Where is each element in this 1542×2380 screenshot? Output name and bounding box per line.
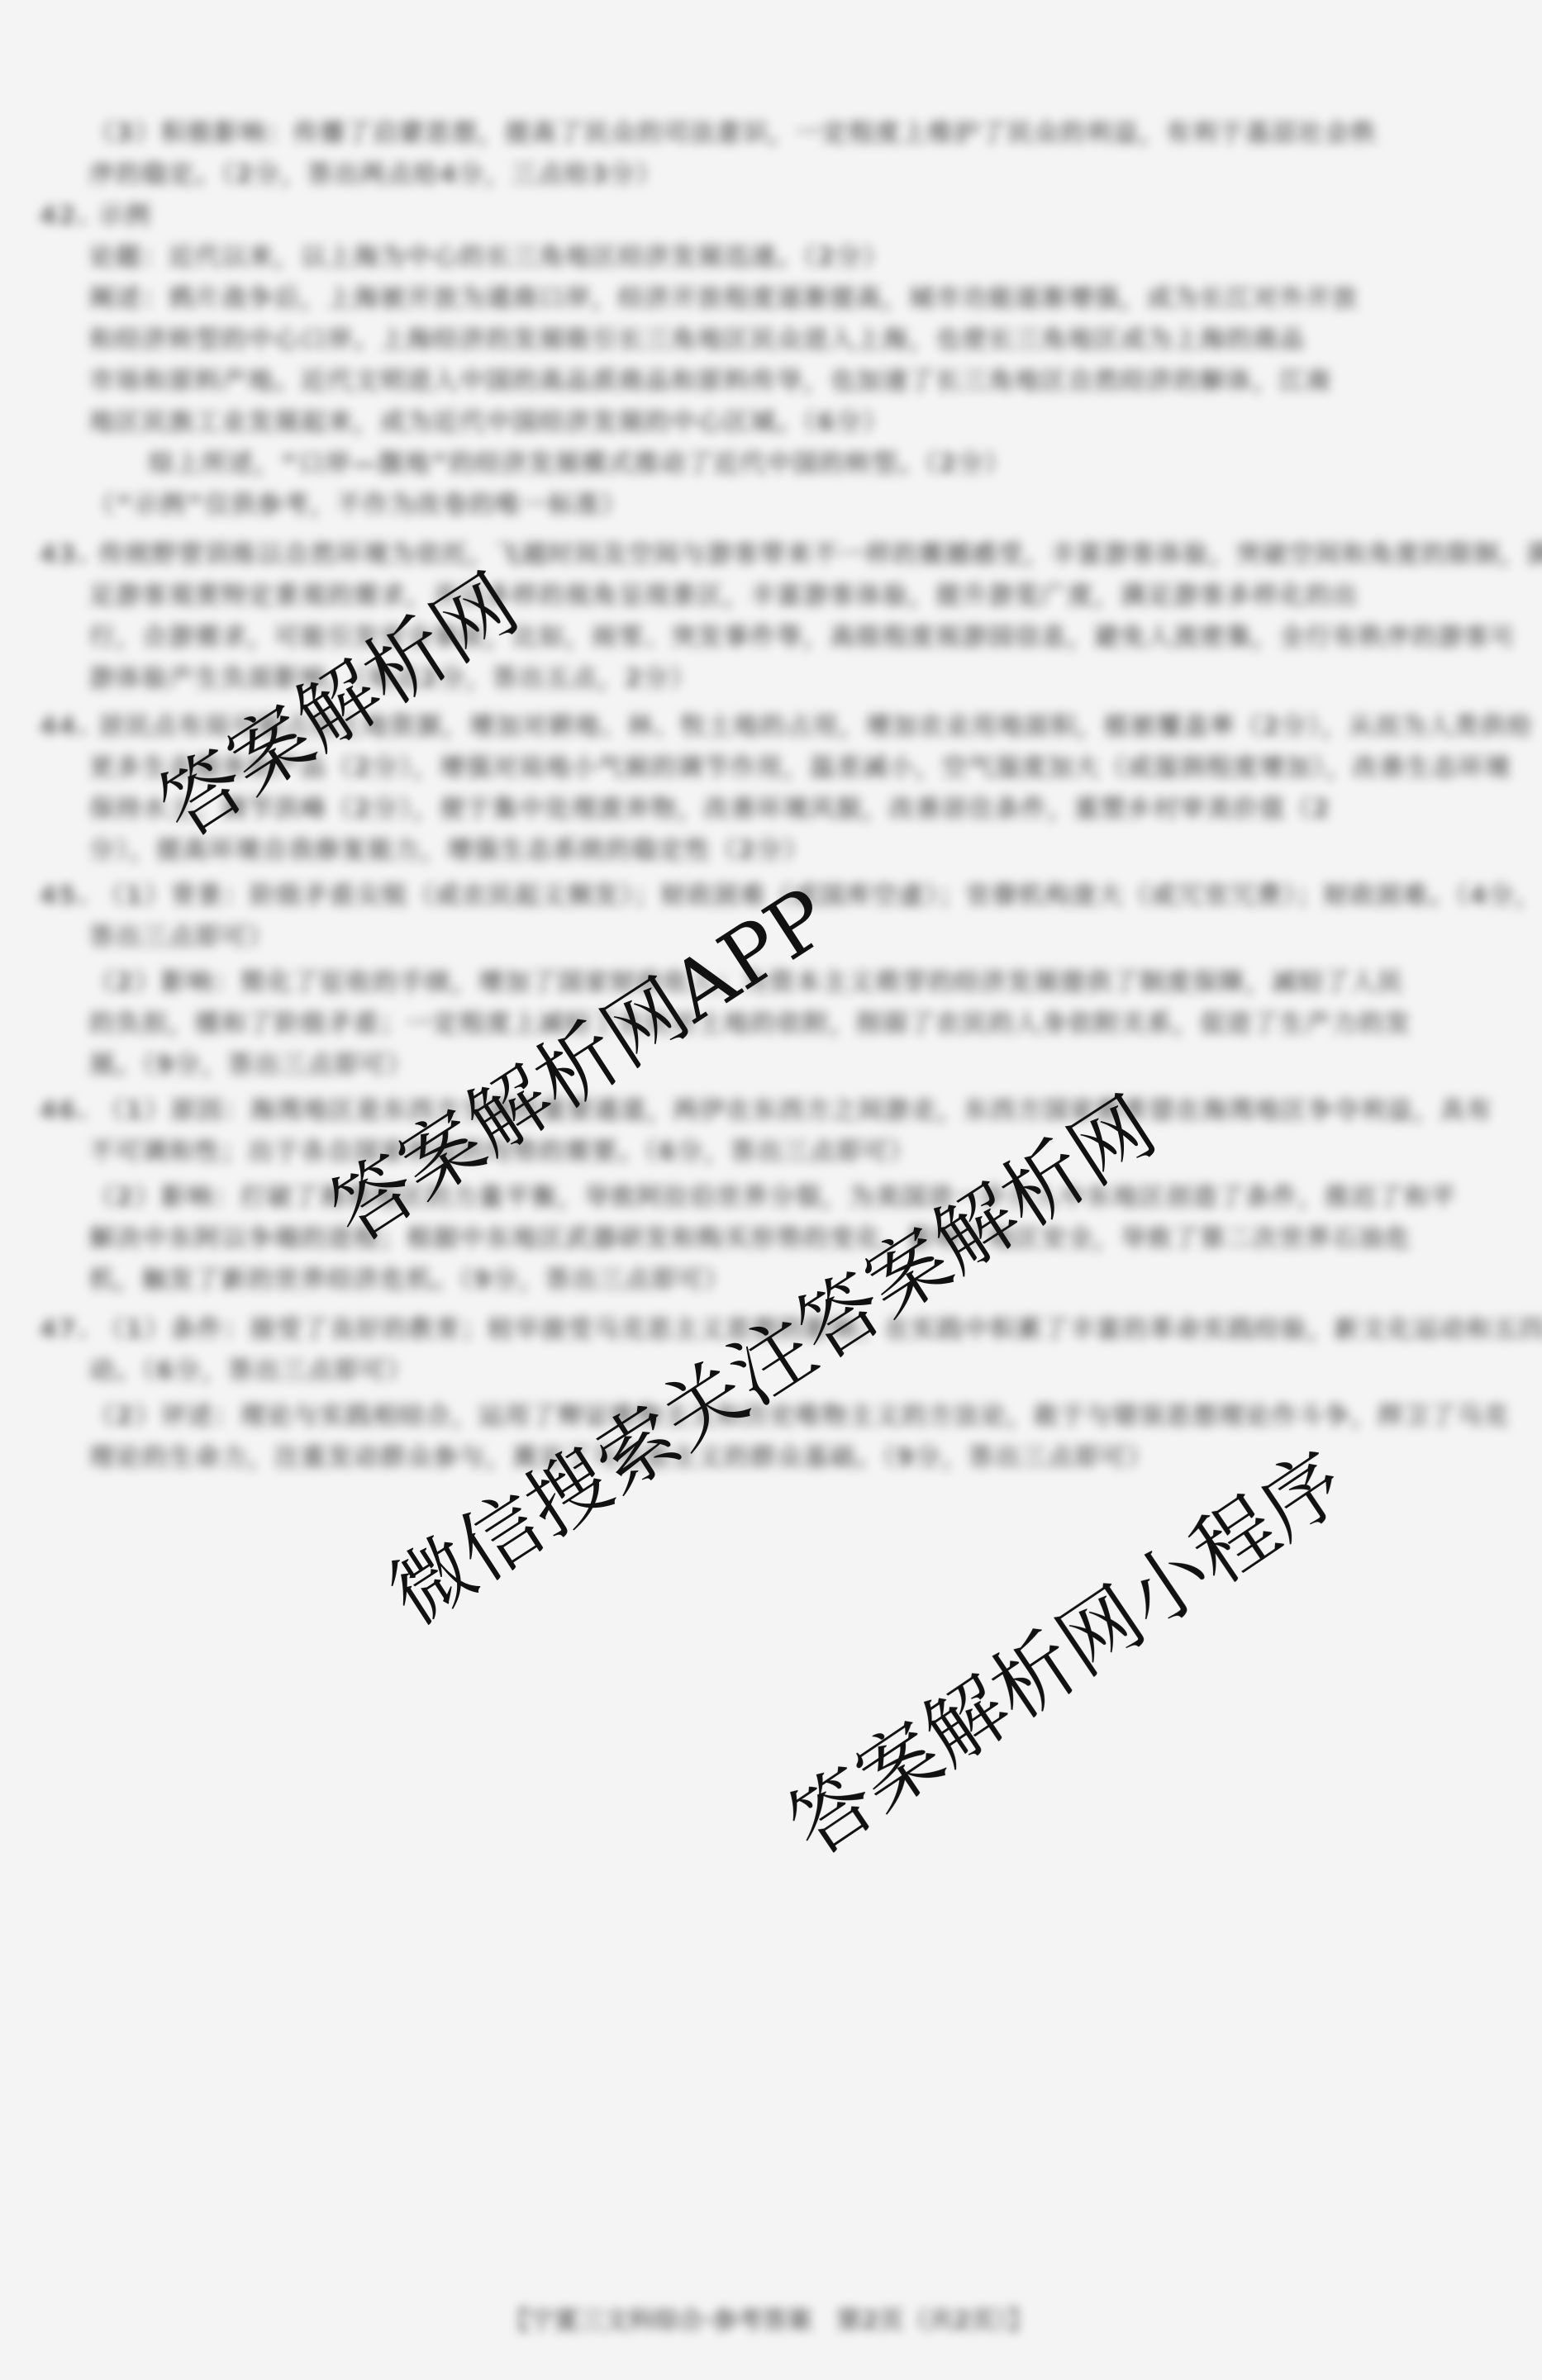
- answer-line: 机，触发了新的世界经济危机。（9分，答出三点即可）: [89, 1264, 1511, 1297]
- answer-line: 和经济转型的中心口岸。上海经济的发展吸引长三角地区民众进入上海，也使长三角地区成…: [89, 324, 1511, 357]
- answer-line: 展。（9分，答出三点即可）: [89, 1049, 1511, 1082]
- answer-line: 论题：近代以来，以上海为中心的长三角地区经济发展迅速。（2分）: [89, 241, 1511, 274]
- question-line: 45. （1）背景：阶级矛盾尖锐（或农民起义频发）；财政困难（或国库空虚）；官僚…: [40, 880, 1541, 913]
- answer-line: （2）影响：打破了海湾地区的力量平衡，导致阿拉伯世界分裂，为美国进一步介入中东地…: [89, 1181, 1511, 1214]
- answer-line: 综上所述，“口岸—腹地”的经济发展模式推动了近代中国的转型。（2分）: [149, 448, 1011, 481]
- answer-line: 保持水土，调节洪峰（2分），便于集中处理废弃物，改善环境风貌，改善居住条件，重塑…: [89, 793, 1511, 826]
- answer-line: 更多生态服务和产品（2分），增强对局地小气候的调节作用，温差减小，空气湿度加大（…: [89, 752, 1511, 785]
- answer-line: 分），提高环境自我修复能力，增强生态系统的稳定性（2分）: [89, 834, 1511, 867]
- answer-line: 不可调和性；出于各自国家利益的均势的需要。（6分，答出三点即可）: [89, 1136, 1511, 1169]
- answer-line: 市场和原料产地。近代文明进入中国的高品质商品和原料传导，也加速了长三角地区自然经…: [89, 365, 1511, 398]
- answer-line: （2）影响：简化了征收的手续，增加了国家财政收入；为资本主义萌芽的经济发展提供了…: [89, 967, 1511, 1000]
- answer-line: 地区民族工业发展起来，成为近代中国经济发展的中心区域。（6分）: [89, 406, 1511, 439]
- question-line: 42. 示例: [40, 200, 152, 233]
- answer-line: 阐述：鸦片战争后，上海被开放为通商口岸，经济开放程度逐渐提高，城市功能逐渐增强，…: [89, 283, 1511, 316]
- answer-line: 行，合游需求，可能引发安全事故，比如，雨雪、突发事件等，高级程度视游园信息，避免…: [89, 621, 1511, 654]
- answer-line: 序的稳定。（2分，答出两点给4分，三点给3分）: [89, 159, 1511, 192]
- answer-line: （3）积极影响：传播了启蒙思想，提高了民众的司法意识，一定程度上维护了民众的利益…: [89, 117, 1511, 150]
- answer-line: （“示例”仅供参考，不作为改卷的唯一标准）: [89, 489, 1511, 522]
- answer-line: 足游客观赏特定景观的需求，并以多样的视角呈现景区，丰富游客体验，提升游览广度，满…: [89, 580, 1511, 613]
- answer-line: 答出三点即可）: [89, 921, 1511, 954]
- answer-line: （2）评述：理论与实践相结合，运用了辩证唯物主义和历史唯物主义的方法论，敢于与错…: [89, 1400, 1511, 1433]
- answer-line: 的负担，缓和了阶级矛盾；一定程度上减轻了农民对土地的依附，削弱了农民的人身依附关…: [89, 1008, 1511, 1041]
- answer-line: 解决中东阿以争端的进程；根据中东地区武器研发和购买形势的变化，影响了地区安全，导…: [89, 1223, 1511, 1256]
- question-line: 46. （1）原因：海湾地区是东西方交通的重要通道，两伊在东西方之间游走，东西方…: [40, 1095, 1492, 1128]
- blurred-answer-text: （3）积极影响：传播了启蒙思想，提高了民众的司法意识，一定程度上维护了民众的利益…: [0, 0, 1542, 2380]
- question-line: 47. （1）条件：接受了良好的教育；较早接受马克思主义思想的影响；在实践中积累…: [40, 1314, 1542, 1347]
- answer-line: 动。（6分，答出三点即可）: [89, 1355, 1511, 1388]
- answer-line: 游体验产生负面影响，（每点2分，答出五点，2分）: [89, 663, 1511, 696]
- answer-line: 理论的生命力，注重发动群众参与，奠定了马克思主义的群众基础。（9分，答出三点即可…: [89, 1442, 1511, 1475]
- document-page: （3）积极影响：传播了启蒙思想，提高了民众的司法意识，一定程度上维护了民众的利益…: [0, 0, 1542, 2380]
- question-line: 44. 居民点布局可能占用土地资源，增加对耕地、林、牧土地的占用，增加农业用地面…: [40, 710, 1533, 743]
- page-footer: 【宁夏三文科综合·参考答案 第2页（共2页）】: [413, 2305, 1124, 2338]
- question-line: 43. 传统野营训练以自然环境为依托，飞越时间及空间与游客带来不一样的震撼感受，…: [40, 539, 1542, 572]
